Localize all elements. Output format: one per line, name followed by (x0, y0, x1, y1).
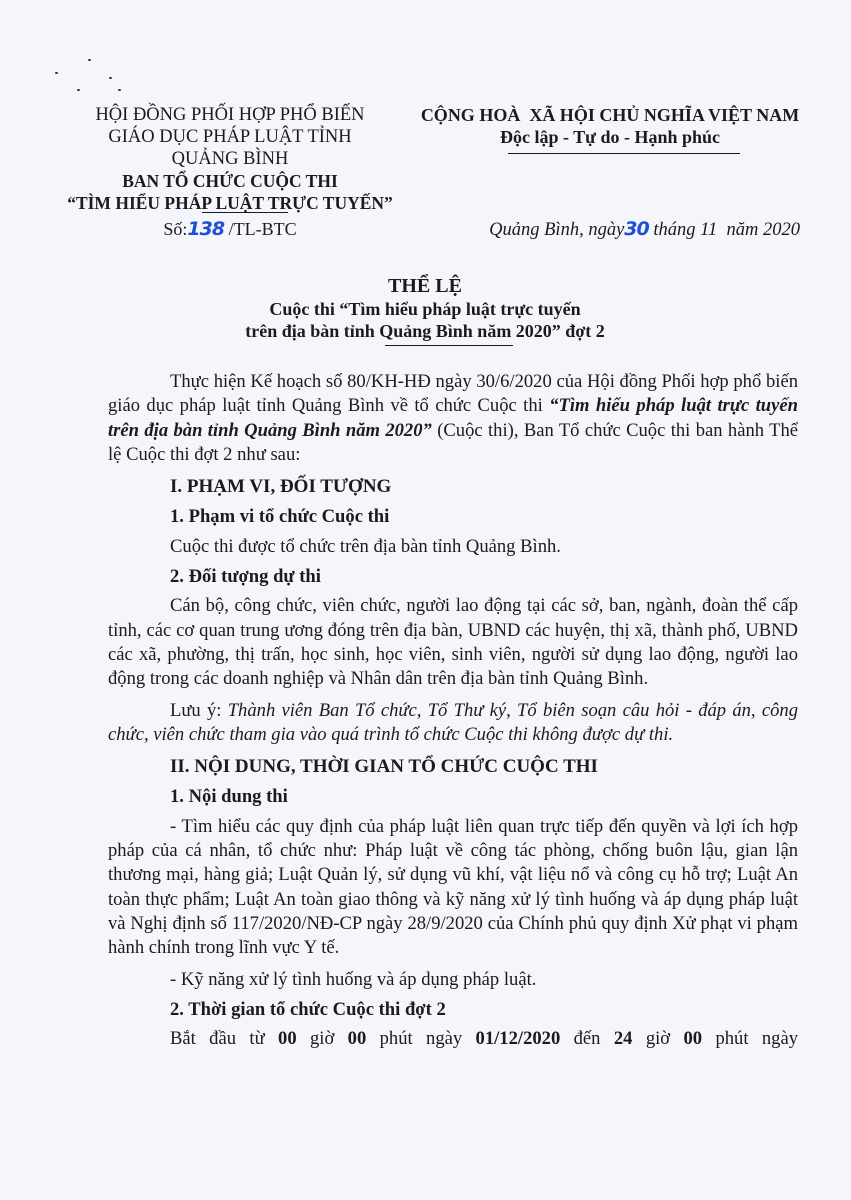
content-item-2: - Kỹ năng xử lý tình huống và áp dụng ph… (170, 968, 798, 992)
note-label: Lưu ý: (170, 700, 228, 721)
start-date: 01/12/2020 (476, 1028, 561, 1049)
scan-speck (118, 89, 121, 91)
national-header-block: CỘNG HOÀ XÃ HỘI CHỦ NGHĨA VIỆT NAM Độc l… (400, 104, 820, 148)
handwritten-day: 30 (624, 218, 648, 240)
subsection-heading-time: 2. Thời gian tổ chức Cuộc thi đợt 2 (170, 998, 798, 1022)
participants-text: Cán bộ, công chức, viên chức, người lao … (108, 594, 798, 691)
time-part: giờ (632, 1028, 683, 1049)
place-date-suffix: tháng 11 năm 2020 (649, 220, 800, 240)
issuing-authority-block: HỘI ĐỒNG PHỐI HỢP PHỔ BIẾN GIÁO DỤC PHÁP… (40, 104, 420, 240)
time-value: 00 (348, 1028, 367, 1049)
title-main: THỂ LỆ (150, 274, 700, 298)
scan-speck (77, 89, 80, 91)
motto-text: Độc lập - Tự do - Hạnh phúc (500, 127, 720, 147)
title-underline (385, 345, 513, 346)
council-name-line2: GIÁO DỤC PHÁP LUẬT TỈNH (40, 126, 420, 148)
contest-name-text: “TÌM HIỂU PHÁP LUẬT TRỰC TUYẾN” (67, 193, 393, 213)
time-value: 24 (614, 1028, 633, 1049)
time-part: giờ (297, 1028, 348, 1049)
title-line3: trên địa bàn tỉnh Quảng Bình năm 2020” đ… (245, 320, 605, 342)
time-part: phút ngày (702, 1028, 798, 1049)
title-line3-text: trên địa bàn tỉnh Quảng Bình năm 2020” đ… (245, 321, 605, 341)
document-title: THỂ LỆ Cuộc thi “Tìm hiểu pháp luật trực… (150, 274, 700, 342)
motto-underline (508, 153, 740, 154)
national-motto: Độc lập - Tự do - Hạnh phúc (500, 126, 720, 148)
content-item-1: - Tìm hiểu các quy định của pháp luật li… (108, 815, 798, 961)
subsection-heading-scope: 1. Phạm vi tổ chức Cuộc thi (170, 505, 798, 529)
place-and-date: Quảng Bình, ngày30 tháng 11 năm 2020 (420, 218, 800, 241)
council-name-line3: QUẢNG BÌNH (40, 148, 420, 170)
section-heading-1: I. PHẠM VI, ĐỐI TƯỢNG (170, 475, 798, 499)
time-part: đến (560, 1028, 614, 1049)
title-line2: Cuộc thi “Tìm hiểu pháp luật trực tuyến (150, 298, 700, 320)
time-part: Bắt đầu từ (170, 1028, 278, 1049)
council-name-line1: HỘI ĐỒNG PHỐI HỢP PHỔ BIẾN (40, 104, 420, 126)
subsection-heading-participants: 2. Đối tượng dự thi (170, 565, 798, 589)
organizing-committee: BAN TỔ CHỨC CUỘC THI (40, 170, 420, 192)
time-text: Bắt đầu từ 00 giờ 00 phút ngày 01/12/202… (108, 1027, 798, 1051)
contest-name: “TÌM HIỂU PHÁP LUẬT TRỰC TUYẾN” (40, 192, 420, 214)
nation-name: CỘNG HOÀ XÃ HỘI CHỦ NGHĨA VIỆT NAM (400, 104, 820, 126)
time-value: 00 (278, 1028, 297, 1049)
time-part: phút ngày (366, 1028, 475, 1049)
number-suffix: /TL-BTC (224, 219, 297, 239)
document-number: Số:138 /TL-BTC (40, 218, 420, 240)
number-prefix: Số: (163, 219, 187, 239)
time-value: 00 (683, 1028, 702, 1049)
scope-text: Cuộc thi được tổ chức trên địa bàn tỉnh … (170, 535, 798, 559)
note-paragraph: Lưu ý: Thành viên Ban Tổ chức, Tổ Thư ký… (108, 699, 798, 748)
place-date-prefix: Quảng Bình, ngày (489, 220, 624, 240)
section-heading-2: II. NỘI DUNG, THỜI GIAN TỔ CHỨC CUỘC THI (170, 755, 798, 779)
intro-paragraph: Thực hiện Kế hoạch số 80/KH-HĐ ngày 30/6… (108, 370, 798, 467)
handwritten-number: 138 (187, 218, 224, 240)
document-body: Thực hiện Kế hoạch số 80/KH-HĐ ngày 30/6… (108, 370, 798, 1051)
underline-decoration (202, 212, 288, 213)
scan-speck (88, 59, 91, 61)
scan-speck (109, 77, 112, 79)
document-page: HỘI ĐỒNG PHỐI HỢP PHỔ BIẾN GIÁO DỤC PHÁP… (0, 0, 851, 1200)
subsection-heading-content: 1. Nội dung thi (170, 785, 798, 809)
scan-speck (55, 72, 58, 74)
